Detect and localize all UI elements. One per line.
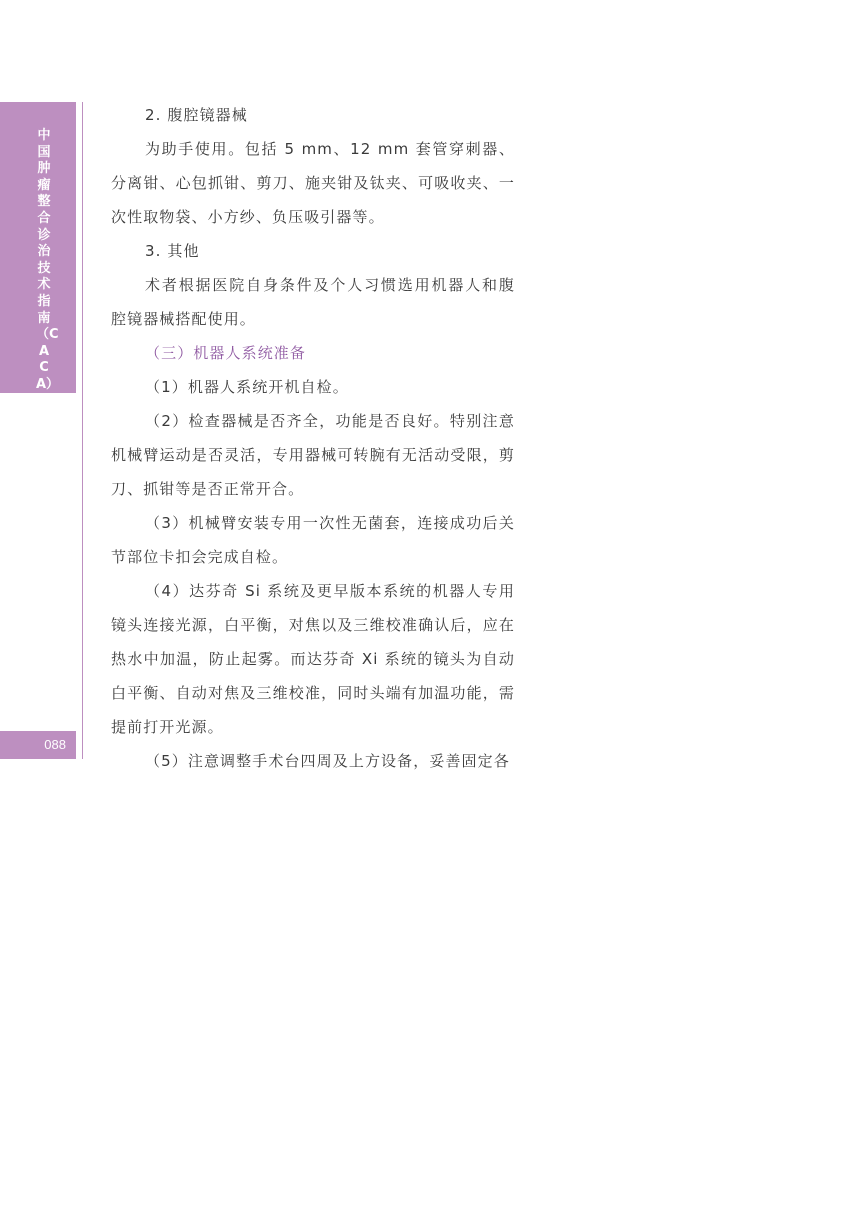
subheading-others: 3. 其他 <box>111 234 515 268</box>
paragraph-others: 术者根据医院自身条件及个人习惯选用机器人和腹腔镜器械搭配使用。 <box>111 268 515 336</box>
page-body: 2. 腹腔镜器械 为助手使用。包括 5 mm、12 mm 套管穿刺器、分离钳、心… <box>111 98 515 778</box>
paragraph-step-1: （1）机器人系统开机自检。 <box>111 370 515 404</box>
paragraph-step-3: （3）机械臂安装专用一次性无菌套，连接成功后关节部位卡扣会完成自检。 <box>111 506 515 574</box>
section-heading-robot-system-prep: （三）机器人系统准备 <box>111 336 515 370</box>
paragraph-laparoscopic-instruments: 为助手使用。包括 5 mm、12 mm 套管穿刺器、分离钳、心包抓钳、剪刀、施夹… <box>111 132 515 234</box>
paragraph-step-5: （5）注意调整手术台四周及上方设备，妥善固定各 <box>111 744 515 778</box>
page-number: 088 <box>44 737 66 753</box>
book-title-vertical: 中国肿瘤整合诊治技术指南（CACA） <box>36 128 52 394</box>
page-number-tab: 088 <box>0 731 76 759</box>
paragraph-step-4: （4）达芬奇 Si 系统及更早版本系统的机器人专用镜头连接光源，白平衡，对焦以及… <box>111 574 515 744</box>
margin-divider-line <box>82 102 83 759</box>
paragraph-step-2: （2）检查器械是否齐全，功能是否良好。特别注意机械臂运动是否灵活，专用器械可转腕… <box>111 404 515 506</box>
subheading-laparoscopic-instruments: 2. 腹腔镜器械 <box>111 98 515 132</box>
